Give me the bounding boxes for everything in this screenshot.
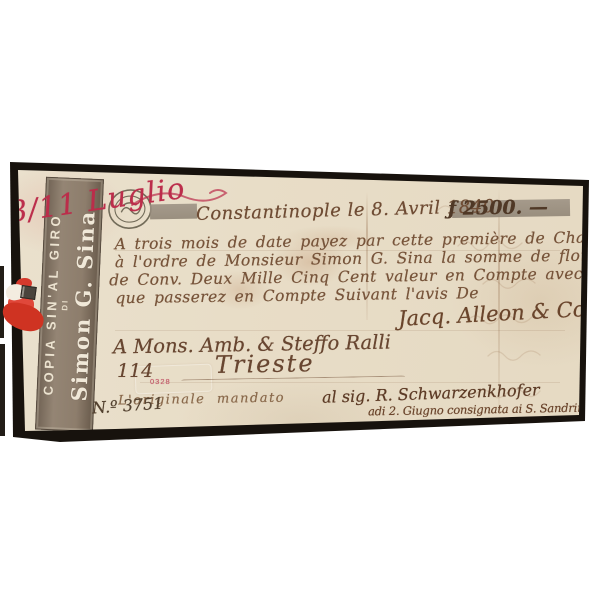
amount-value: ƒ 2500. — [448,196,548,220]
wax-seal [2,278,48,338]
bill-body-text: A trois mois de date payez par cette pre… [115,229,581,307]
addressee-city: Trieste [215,349,315,379]
serial-number: N.º 3751 [91,394,164,418]
bill-of-exchange-document: COPIA SIN'AL GIRO DI Simon G. Sina 8/11 … [0,0,600,600]
photo-edge-mark [0,344,5,436]
wax-seal-blob [0,300,46,334]
scanned-document-photo: COPIA SIN'AL GIRO DI Simon G. Sina 8/11 … [0,0,600,600]
wax-seal-dark-chip [20,285,37,300]
band-di-line: DI [60,298,70,310]
band-name-line: Simon G. Sina [66,209,99,402]
addressee-number: 114 [117,360,153,382]
small-red-number: 0328 [150,377,171,386]
